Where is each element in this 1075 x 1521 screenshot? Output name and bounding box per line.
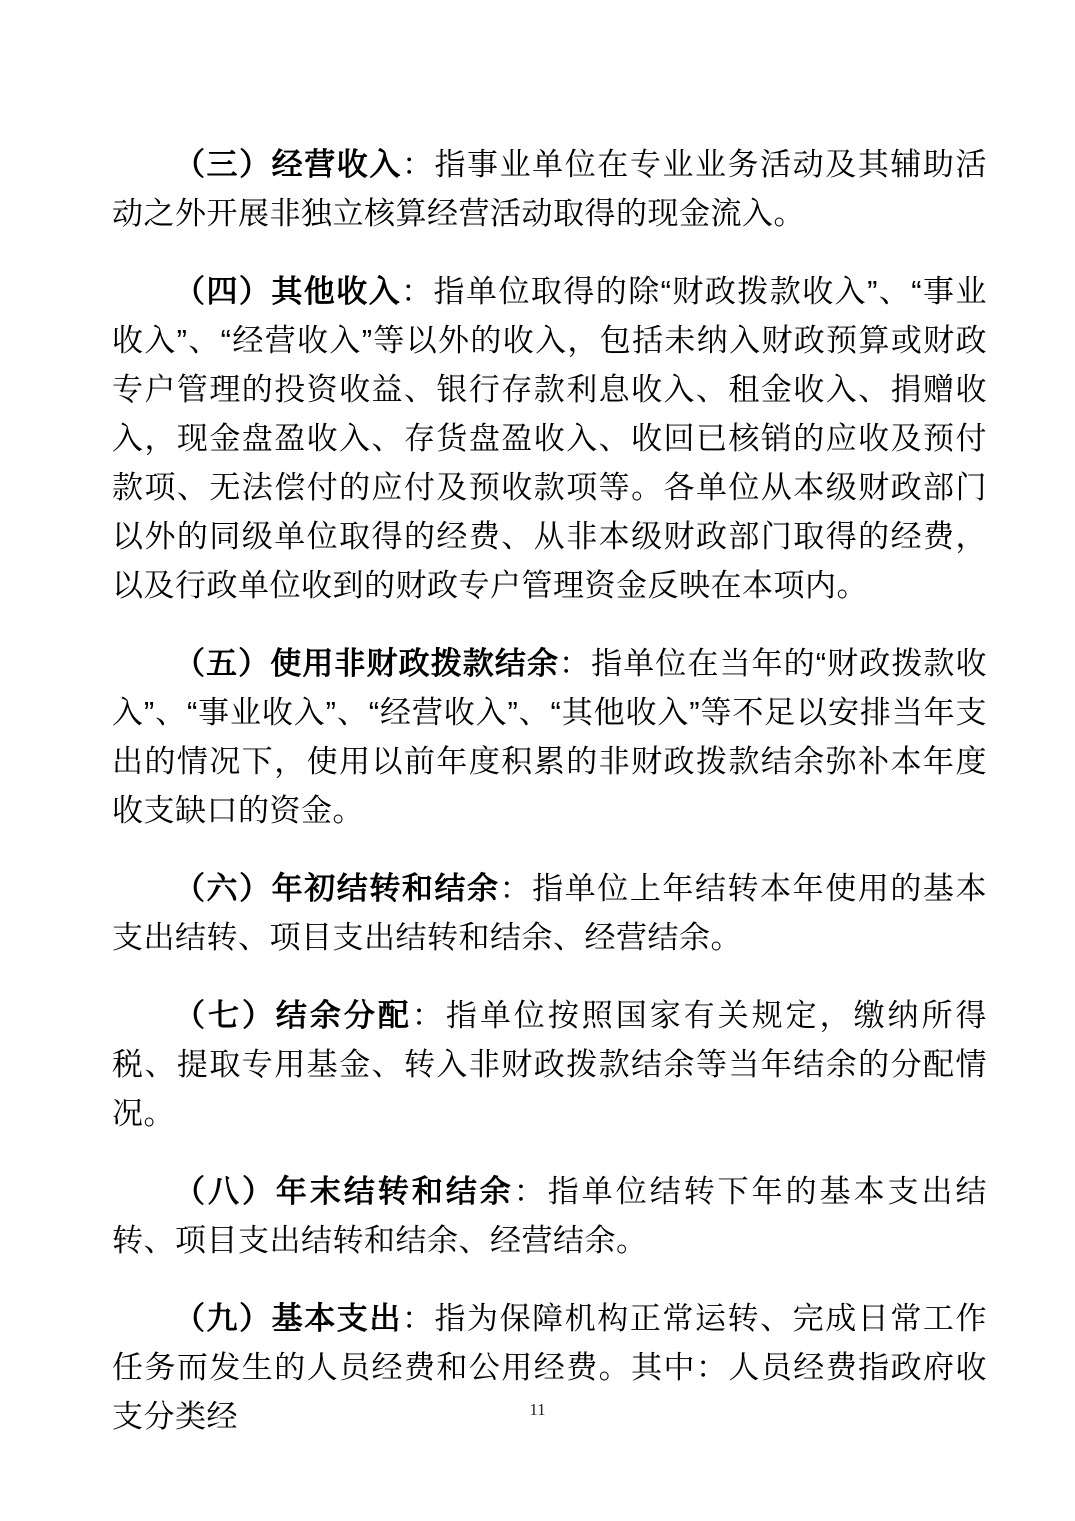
section-9-heading: （九）基本支出: [174, 1301, 402, 1336]
paragraph-section-6: （六）年初结转和结余：指单位上年结转本年使用的基本支出结转、项目支出结转和结余、…: [112, 864, 987, 962]
section-4-body: ：指单位取得的除“财政拨款收入”、“事业收入”、“经营收入”等以外的收入，包括未…: [112, 274, 987, 603]
section-3-heading: （三）经营收入: [174, 147, 402, 182]
paragraph-section-8: （八）年末结转和结余：指单位结转下年的基本支出结转、项目支出结转和结余、经营结余…: [112, 1167, 987, 1265]
paragraph-section-4: （四）其他收入：指单位取得的除“财政拨款收入”、“事业收入”、“经营收入”等以外…: [112, 267, 987, 610]
paragraph-section-5: （五）使用非财政拨款结余：指单位在当年的“财政拨款收入”、“事业收入”、“经营收…: [112, 639, 987, 835]
paragraph-section-3: （三）经营收入：指事业单位在专业业务活动及其辅助活动之外开展非独立核算经营活动取…: [112, 140, 987, 238]
section-5-heading: （五）使用非财政拨款结余: [174, 646, 559, 681]
section-7-heading: （七）结余分配: [174, 998, 412, 1033]
section-8-heading: （八）年末结转和结余: [174, 1174, 514, 1209]
paragraph-section-7: （七）结余分配：指单位按照国家有关规定，缴纳所得税、提取专用基金、转入非财政拨款…: [112, 991, 987, 1138]
section-4-heading: （四）其他收入: [174, 274, 401, 309]
document-page: （三）经营收入：指事业单位在专业业务活动及其辅助活动之外开展非独立核算经营活动取…: [0, 0, 1075, 1521]
section-6-heading: （六）年初结转和结余: [174, 871, 500, 906]
page-number: 11: [0, 1398, 1075, 1422]
